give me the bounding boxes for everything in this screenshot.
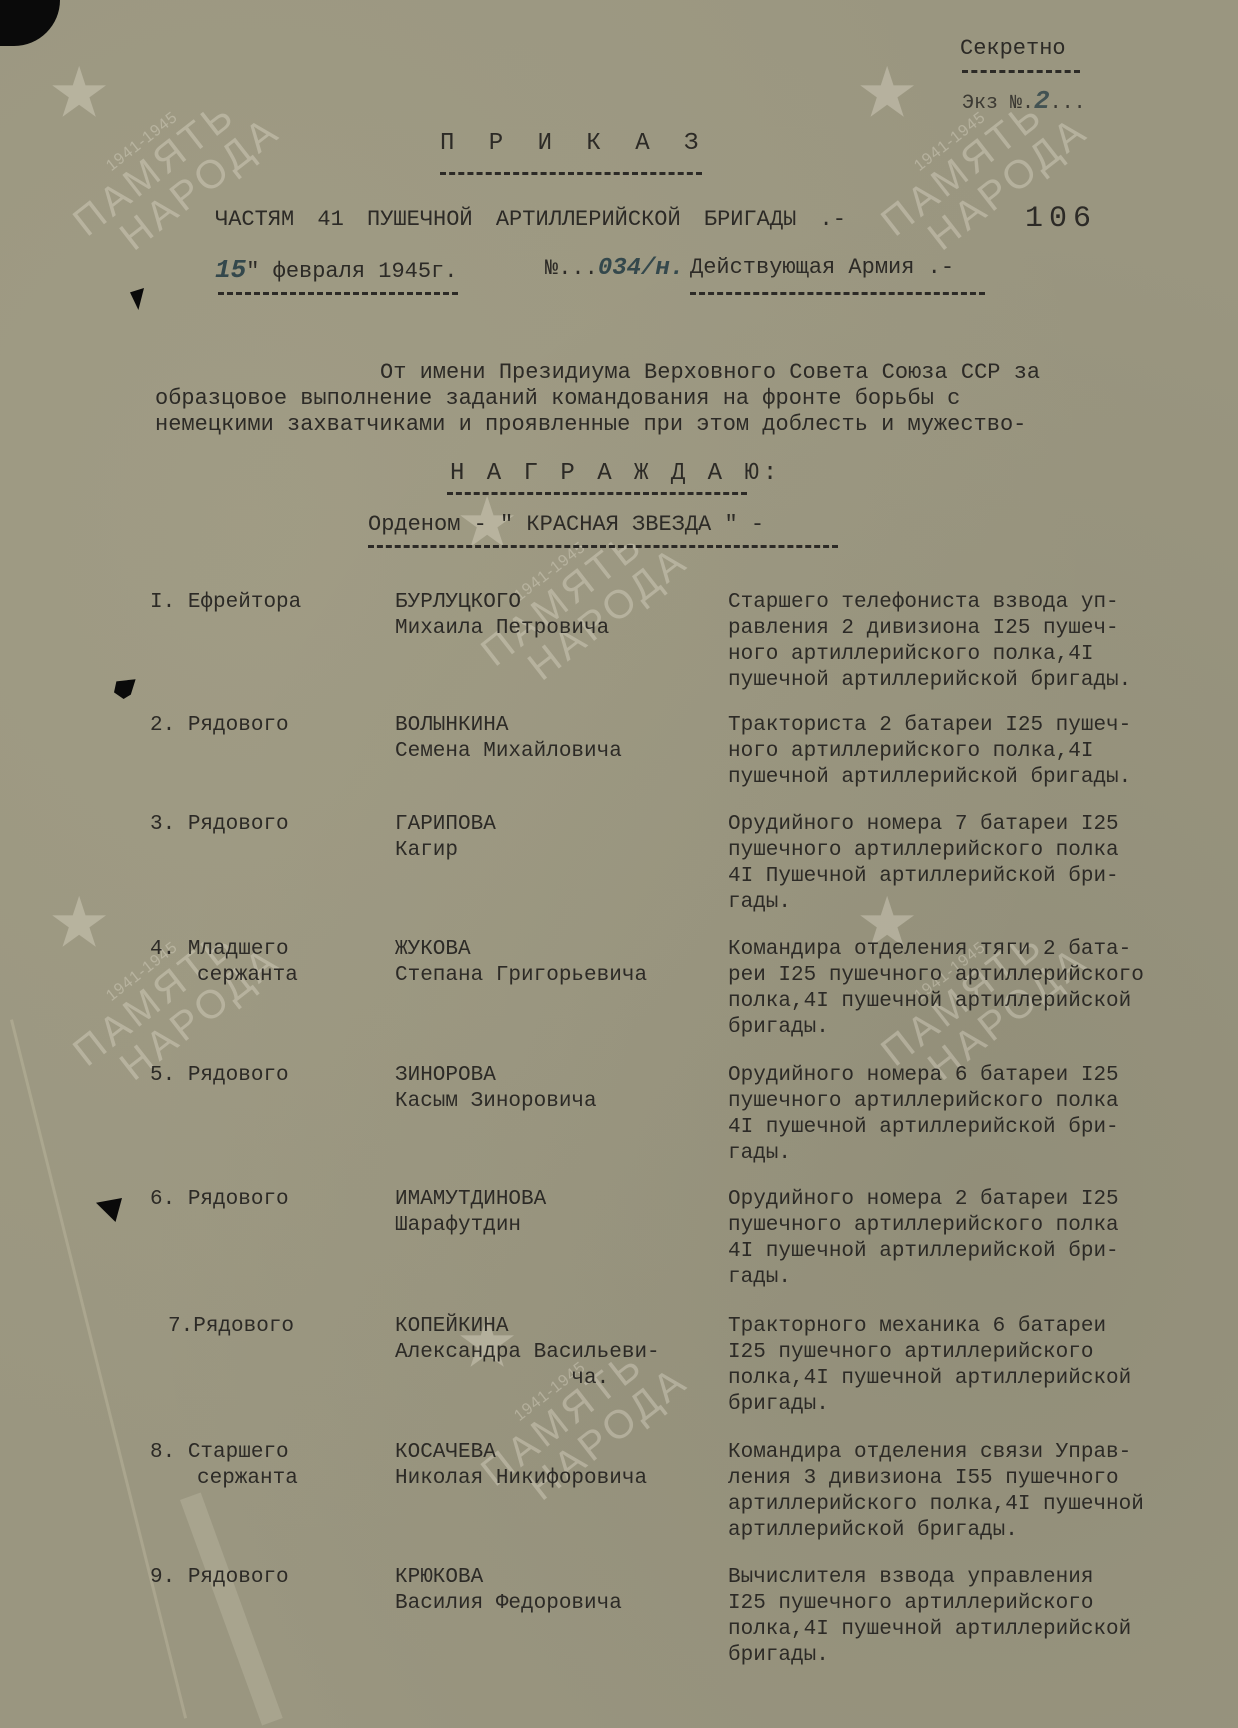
punch-hole bbox=[130, 288, 144, 310]
document-title: П Р И К А З bbox=[440, 130, 708, 157]
award-verb-underline bbox=[447, 492, 747, 495]
recipient-name: КОПЕЙКИНААлександра Васильеви- ча. bbox=[395, 1314, 660, 1392]
preamble-line-2: образцовое выполнение заданий командован… bbox=[155, 386, 960, 411]
copy-number-line: Экз №.2... bbox=[962, 86, 1086, 116]
recipient-name: ЖУКОВАСтепана Григорьевича bbox=[395, 937, 647, 989]
recipient-rank: 3. Рядового bbox=[150, 812, 289, 838]
location-underline bbox=[690, 292, 985, 295]
recipient-rank: 2. Рядового bbox=[150, 713, 289, 739]
recipient-position: Тракторного механика 6 батареиI25 пушечн… bbox=[728, 1314, 1131, 1418]
recipient-position: Вычислителя взвода управленияI25 пушечно… bbox=[728, 1565, 1131, 1669]
star-icon: ★ bbox=[48, 57, 225, 127]
recipient-position: Орудийного номера 6 батареи I25пушечного… bbox=[728, 1063, 1119, 1167]
award-order-line: Орденом - " КРАСНАЯ ЗВЕЗДА " - bbox=[368, 512, 764, 537]
recipient-rank: 4. Младшегосержанта bbox=[150, 937, 298, 989]
recipient-position: Орудийного номера 2 батареи I25пушечного… bbox=[728, 1187, 1119, 1291]
recipient-rank: 7.Рядового bbox=[168, 1314, 294, 1340]
date-day: 15 bbox=[215, 255, 246, 285]
recipient-name: ИМАМУТДИНОВАШарафутдин bbox=[395, 1187, 546, 1239]
punch-hole bbox=[114, 677, 138, 699]
classification-underline bbox=[962, 70, 1080, 73]
watermark: ★ 1941-1945 ПАМЯТЬ НАРОДА bbox=[112, 136, 287, 275]
recipient-position: Старшего телефониста взвода уп-равления … bbox=[728, 590, 1131, 694]
paper-fold-line bbox=[180, 1492, 283, 1725]
date-month-year: " февраля 1945г. bbox=[246, 259, 457, 284]
recipient-position: Командира отделения тяги 2 бата-реи I25 … bbox=[728, 937, 1144, 1041]
recipient-rank: 9. Рядового bbox=[150, 1565, 289, 1591]
order-number-value: 034/н. bbox=[598, 255, 684, 282]
copy-number: 2 bbox=[1034, 86, 1050, 116]
recipient-rank: 5. Рядового bbox=[150, 1063, 289, 1089]
preamble-line-3: немецкими захватчиками и проявленные при… bbox=[155, 412, 1026, 437]
recipient-position: Тракториста 2 батареи I25 пушеч-ного арт… bbox=[728, 713, 1131, 791]
recipient-rank: I. Ефрейтора bbox=[150, 590, 301, 616]
preamble-line-1: От имени Президиума Верховного Совета Со… bbox=[380, 360, 1040, 385]
recipient-name: КРЮКОВАВасилия Федоровича bbox=[395, 1565, 622, 1617]
date-line: 15" февраля 1945г. bbox=[215, 255, 457, 285]
award-verb: Н А Г Р А Ж Д А Ю: bbox=[450, 460, 781, 487]
page-number: 106 bbox=[1025, 202, 1097, 236]
corner-damage bbox=[0, 0, 60, 46]
recipient-name: ГАРИПОВАКагир bbox=[395, 812, 496, 864]
recipient-rank: 6. Рядового bbox=[150, 1187, 289, 1213]
classification-label: Секретно bbox=[960, 36, 1066, 61]
punch-hole bbox=[96, 1198, 122, 1222]
recipient-name: БУРЛУЦКОГОМихаила Петровича bbox=[395, 590, 609, 642]
recipient-name: КОСАЧЕВАНиколая Никифоровича bbox=[395, 1440, 647, 1492]
date-underline bbox=[218, 292, 458, 295]
recipient-rank: 8. Старшегосержанта bbox=[150, 1440, 298, 1492]
recipient-name: ВОЛЫНКИНАСемена Михайловича bbox=[395, 713, 622, 765]
order-number: №...034/н. bbox=[545, 255, 684, 282]
recipient-position: Командира отделения связи Управ-ления 3 … bbox=[728, 1440, 1144, 1544]
unit-line: ЧАСТЯМ 41 ПУШЕЧНОЙ АРТИЛЛЕРИЙСКОЙ БРИГАД… bbox=[215, 207, 846, 232]
recipient-position: Орудийного номера 7 батареи I25пушечного… bbox=[728, 812, 1119, 916]
title-underline bbox=[440, 172, 702, 175]
location-line: Действующая Армия .- bbox=[690, 255, 954, 280]
paper-fold-line bbox=[10, 1019, 187, 1718]
recipient-name: ЗИНОРОВАКасым Зиноровича bbox=[395, 1063, 597, 1115]
award-order-underline bbox=[368, 545, 838, 548]
